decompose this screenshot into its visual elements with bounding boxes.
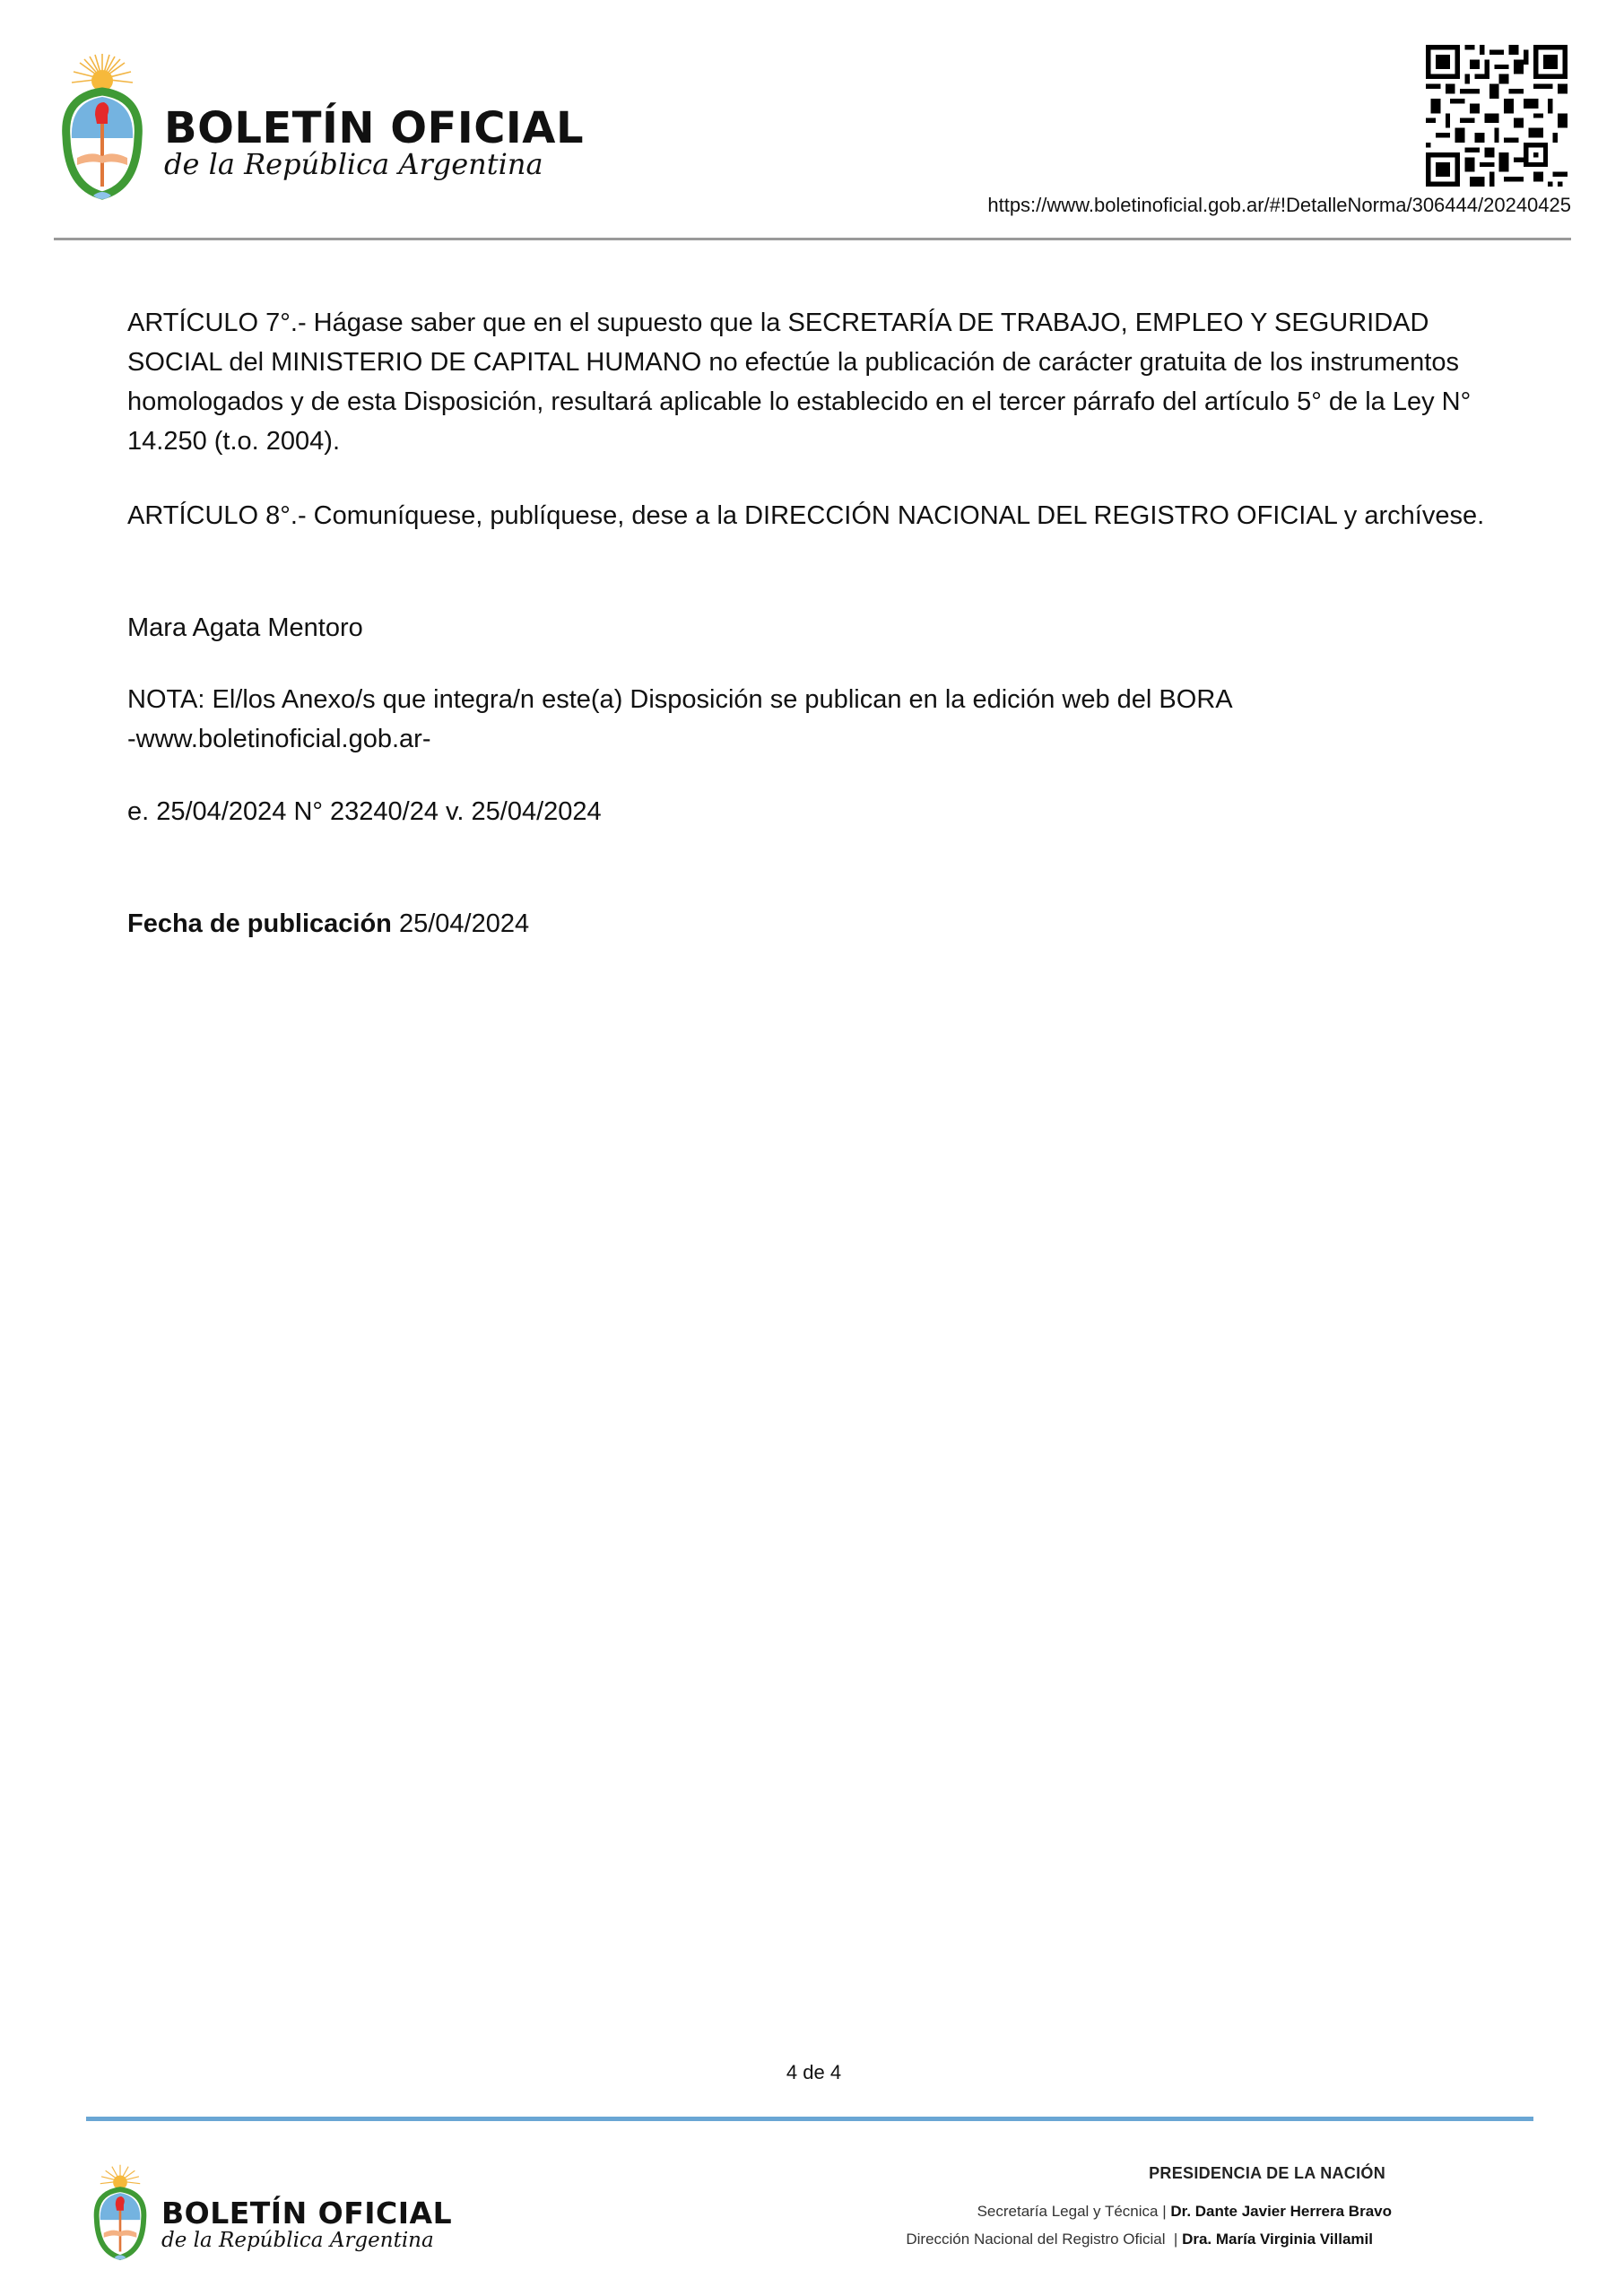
brand-title: BOLETÍN OFICIAL [164,103,584,153]
footer-brand-subtitle: de la República Argentina [161,2229,434,2252]
edicion: e. 25/04/2024 N° 23240/24 v. 25/04/2024 [127,792,1508,831]
footer-divider [86,2117,1533,2121]
footer-brand-title: BOLETÍN OFICIAL [161,2196,452,2231]
nota-line-1: NOTA: El/los Anexo/s que integra/n este(… [127,680,1508,719]
secretaria-line: Secretaría Legal y Técnica | Dr. Dante J… [977,2203,1392,2221]
fecha-publicacion: Fecha de publicación 25/04/2024 [127,904,1508,944]
direccion-label: Dirección Nacional del Registro Oficial … [906,2231,1177,2248]
argentina-coat-of-arms-icon [90,2157,151,2270]
qr-code-icon[interactable] [1426,45,1568,187]
direccion-line: Dirección Nacional del Registro Oficial … [906,2231,1373,2248]
header-divider [54,238,1571,240]
page-number: 4 de 4 [0,2061,1624,2084]
presidencia-label: PRESIDENCIA DE LA NACIÓN [1149,2164,1385,2183]
argentina-coat-of-arms-icon [56,52,149,204]
direccion-name: Dra. María Virginia Villamil [1182,2231,1373,2248]
firmante: Mara Agata Mentoro [127,608,1508,648]
brand-subtitle: de la República Argentina [164,147,543,181]
nota: NOTA: El/los Anexo/s que integra/n este(… [127,680,1508,759]
fecha-value: 25/04/2024 [399,909,529,938]
secretaria-name: Dr. Dante Javier Herrera Bravo [1170,2203,1392,2220]
secretaria-label: Secretaría Legal y Técnica | [977,2203,1167,2220]
nota-line-2: -www.boletinoficial.gob.ar- [127,719,1508,759]
articulo-8: ARTÍCULO 8°.- Comuníquese, publíquese, d… [127,496,1508,535]
articulo-7: ARTÍCULO 7°.- Hágase saber que en el sup… [127,303,1508,461]
fecha-label: Fecha de publicación [127,909,392,938]
norma-url[interactable]: https://www.boletinoficial.gob.ar/#!Deta… [987,194,1571,217]
